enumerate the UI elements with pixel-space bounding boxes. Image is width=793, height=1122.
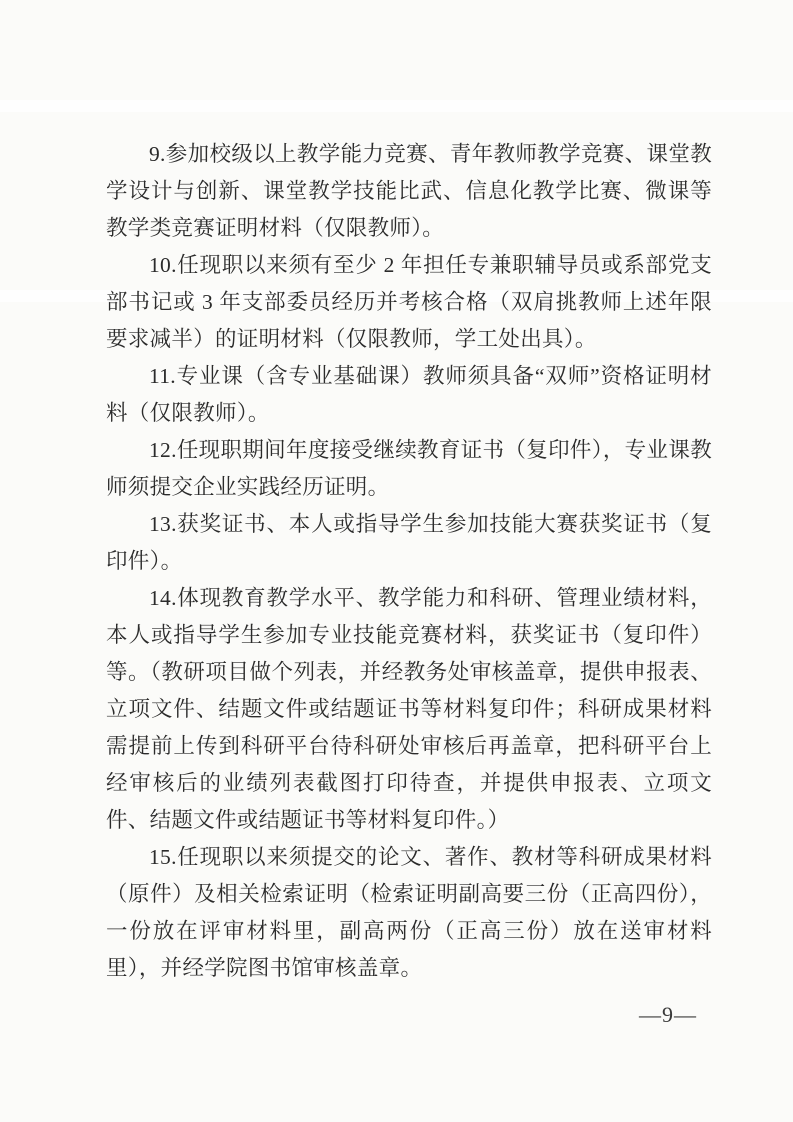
list-item-15: 15.任现职以来须提交的论文、著作、教材等科研成果材料（原件）及相关检索证明（检…: [106, 839, 712, 987]
document-body: 9.参加校级以上教学能力竞赛、青年教师教学竞赛、课堂教学设计与创新、课堂教学技能…: [106, 136, 712, 987]
list-item-12: 12.任现职期间年度接受继续教育证书（复印件），专业课教师须提交企业实践经历证明…: [106, 432, 712, 506]
list-item-14: 14.体现教育教学水平、教学能力和科研、管理业绩材料，本人或指导学生参加专业技能…: [106, 580, 712, 839]
page-number: —9—: [618, 1001, 718, 1029]
list-item-9: 9.参加校级以上教学能力竞赛、青年教师教学竞赛、课堂教学设计与创新、课堂教学技能…: [106, 136, 712, 247]
scan-artifact-band: [0, 100, 793, 112]
list-item-13: 13.获奖证书、本人或指导学生参加技能大赛获奖证书（复印件）。: [106, 506, 712, 580]
list-item-10: 10.任现职以来须有至少 2 年担任专兼职辅导员或系部党支部书记或 3 年支部委…: [106, 247, 712, 358]
list-item-11: 11.专业课（含专业基础课）教师须具备“双师”资格证明材料（仅限教师）。: [106, 358, 712, 432]
scanned-document-page: 9.参加校级以上教学能力竞赛、青年教师教学竞赛、课堂教学设计与创新、课堂教学技能…: [0, 0, 793, 1122]
